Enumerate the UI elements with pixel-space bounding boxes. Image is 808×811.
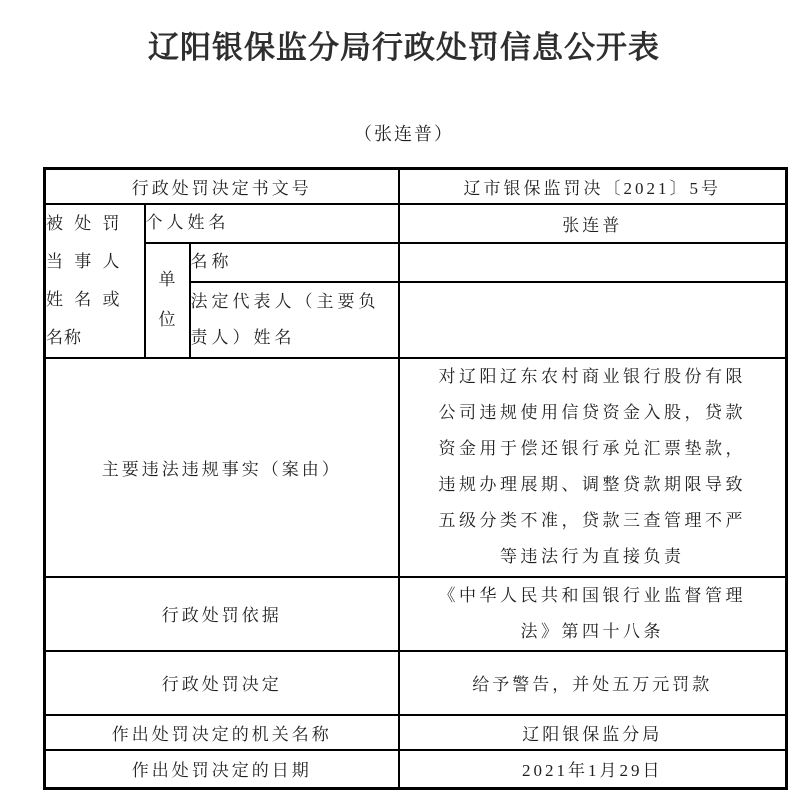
personal-name-label: 个人姓名 (145, 204, 399, 243)
document-page: 辽阳银保监分局行政处罚信息公开表 （张连普） 行政处罚决定书文号 辽市银保监罚决… (0, 0, 808, 811)
table-row: 被 处 罚 当 事 人 姓 名 或 名称 个人姓名 张连普 (45, 204, 787, 243)
legal-rep-value (399, 282, 787, 358)
authority-label: 作出处罚决定的机关名称 (45, 715, 399, 750)
penalized-party-group-label: 被 处 罚 当 事 人 姓 名 或 名称 (45, 204, 145, 358)
unit-label: 单 位 (145, 243, 190, 358)
basis-label: 行政处罚依据 (45, 577, 399, 651)
date-label: 作出处罚决定的日期 (45, 750, 399, 789)
table-row: 单 位 名称 (45, 243, 787, 282)
date-value: 2021年1月29日 (399, 750, 787, 789)
authority-value: 辽阳银保监分局 (399, 715, 787, 750)
decision-label: 行政处罚决定 (45, 651, 399, 715)
legal-rep-label: 法定代表人（主要负责人）姓名 (190, 282, 399, 358)
table-row: 行政处罚决定 给予警告，并处五万元罚款 (45, 651, 787, 715)
facts-label: 主要违法违规事实（案由） (45, 358, 399, 577)
unit-name-label: 名称 (190, 243, 399, 282)
facts-value: 对辽阳辽东农村商业银行股份有限 公司违规使用信贷资金入股，贷款 资金用于偿还银行… (399, 358, 787, 577)
table-row: 作出处罚决定的机关名称 辽阳银保监分局 (45, 715, 787, 750)
table-row: 行政处罚依据 《中华人民共和国银行业监督管理 法》第四十八条 (45, 577, 787, 651)
page-subtitle: （张连普） (0, 120, 808, 146)
table-row: 作出处罚决定的日期 2021年1月29日 (45, 750, 787, 789)
doc-number-label: 行政处罚决定书文号 (45, 169, 399, 204)
doc-number-value: 辽市银保监罚决〔2021〕5号 (399, 169, 787, 204)
decision-value: 给予警告，并处五万元罚款 (399, 651, 787, 715)
unit-name-value (399, 243, 787, 282)
table-row: 主要违法违规事实（案由） 对辽阳辽东农村商业银行股份有限 公司违规使用信贷资金入… (45, 358, 787, 577)
personal-name-value: 张连普 (399, 204, 787, 243)
page-title: 辽阳银保监分局行政处罚信息公开表 (0, 22, 808, 67)
table-row: 行政处罚决定书文号 辽市银保监罚决〔2021〕5号 (45, 169, 787, 204)
basis-value: 《中华人民共和国银行业监督管理 法》第四十八条 (399, 577, 787, 651)
penalty-info-table: 行政处罚决定书文号 辽市银保监罚决〔2021〕5号 被 处 罚 当 事 人 姓 … (43, 167, 788, 790)
